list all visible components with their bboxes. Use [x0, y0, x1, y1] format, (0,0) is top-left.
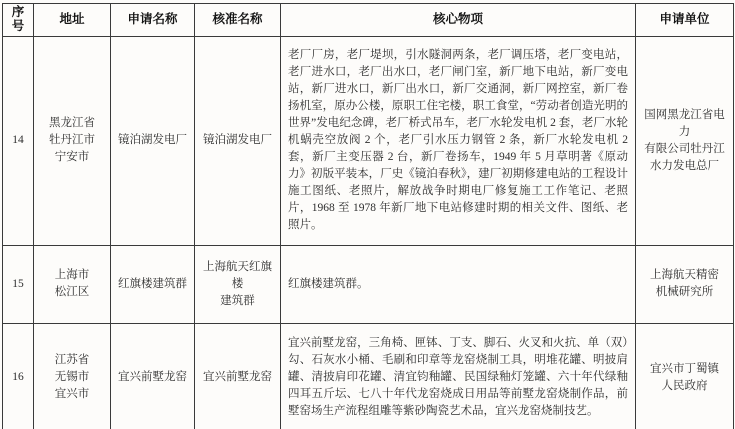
header-approved-name: 核准名称: [195, 4, 281, 37]
cell-apply-name: 宜兴前墅龙窑: [111, 323, 195, 429]
header-core-items: 核心物项: [281, 4, 636, 37]
table-row: 14 黑龙江省 牡丹江市 宁安市 镜泊湖发电厂 镜泊湖发电厂 老厂厂房，老厂堤坝…: [3, 36, 734, 245]
cell-apply-unit: 国网黑龙江省电力 有限公司牡丹江 水力发电总厂: [636, 36, 734, 245]
cell-seq: 14: [3, 36, 34, 245]
cell-apply-unit: 上海航天精密 机械研究所: [636, 245, 734, 323]
header-apply-name: 申请名称: [111, 4, 195, 37]
cell-address: 黑龙江省 牡丹江市 宁安市: [34, 36, 111, 245]
cell-apply-name: 红旗楼建筑群: [111, 245, 195, 323]
table-row: 16 江苏省 无锡市 宜兴市 宜兴前墅龙窑 宜兴前墅龙窑 宜兴前墅龙窑，三角椅、…: [3, 323, 734, 429]
cell-address: 江苏省 无锡市 宜兴市: [34, 323, 111, 429]
table-header-row: 序号 地址 申请名称 核准名称 核心物项 申请单位: [3, 4, 734, 37]
cell-apply-unit: 宜兴市丁蜀镇 人民政府: [636, 323, 734, 429]
cell-approved-name: 上海航天红旗楼 建筑群: [195, 245, 281, 323]
header-apply-unit: 申请单位: [636, 4, 734, 37]
header-address: 地址: [34, 4, 111, 37]
cell-seq: 15: [3, 245, 34, 323]
cell-approved-name: 宜兴前墅龙窑: [195, 323, 281, 429]
cell-address: 上海市 松江区: [34, 245, 111, 323]
cell-apply-name: 镜泊湖发电厂: [111, 36, 195, 245]
cell-seq: 16: [3, 323, 34, 429]
cell-core-items: 红旗楼建筑群。: [281, 245, 636, 323]
cell-approved-name: 镜泊湖发电厂: [195, 36, 281, 245]
cell-core-items: 宜兴前墅龙窑，三角椅、匣钵、丁支、脚石、火叉和火抗、单（双）勾、石灰水小桶、毛刷…: [281, 323, 636, 429]
table-row: 15 上海市 松江区 红旗楼建筑群 上海航天红旗楼 建筑群 红旗楼建筑群。 上海…: [3, 245, 734, 323]
approval-table: 序号 地址 申请名称 核准名称 核心物项 申请单位 14 黑龙江省 牡丹江市 宁…: [2, 3, 734, 429]
header-seq: 序号: [3, 4, 34, 37]
cell-core-items: 老厂厂房，老厂堤坝，引水隧洞两条，老厂调压塔，老厂变电站，老厂进水口，老厂出水口…: [281, 36, 636, 245]
